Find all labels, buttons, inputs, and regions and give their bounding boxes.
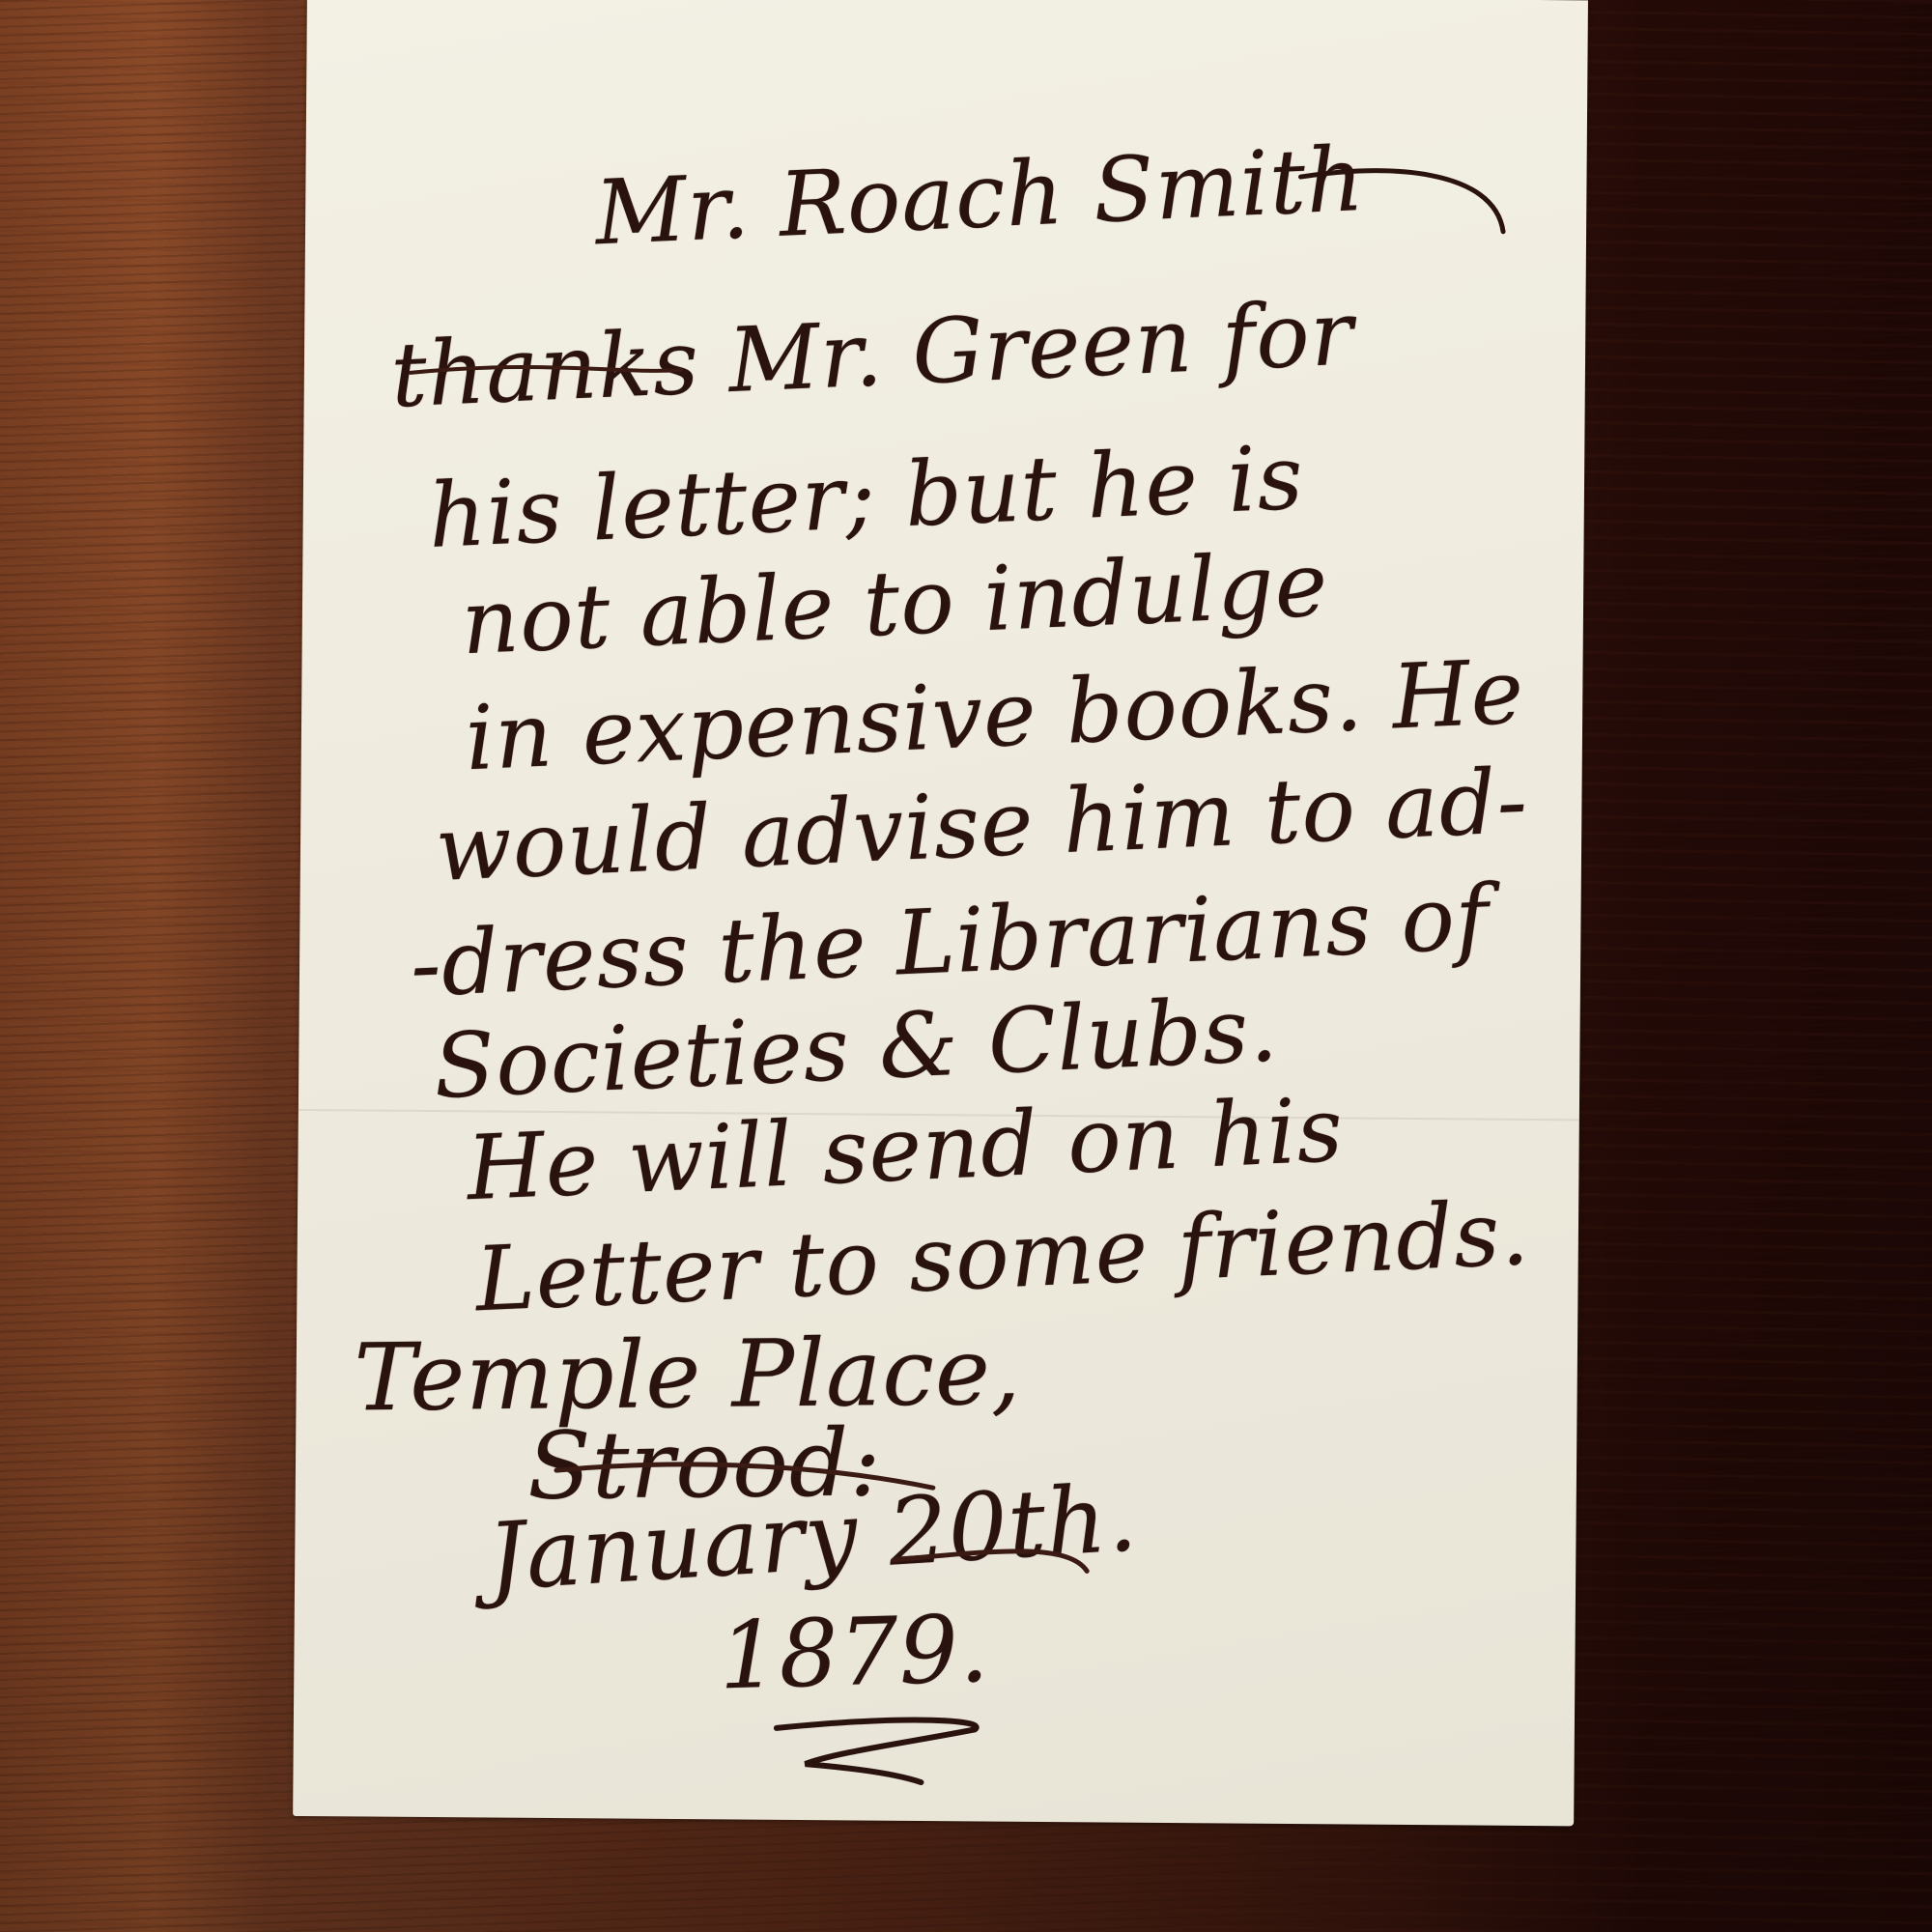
- handwritten-letter: Mr. Roach Smith thanks Mr. Green for his…: [293, 0, 1588, 1826]
- pen-flourish-strokes: [293, 0, 1588, 1826]
- letter-paper: Mr. Roach Smith thanks Mr. Green for his…: [293, 0, 1588, 1826]
